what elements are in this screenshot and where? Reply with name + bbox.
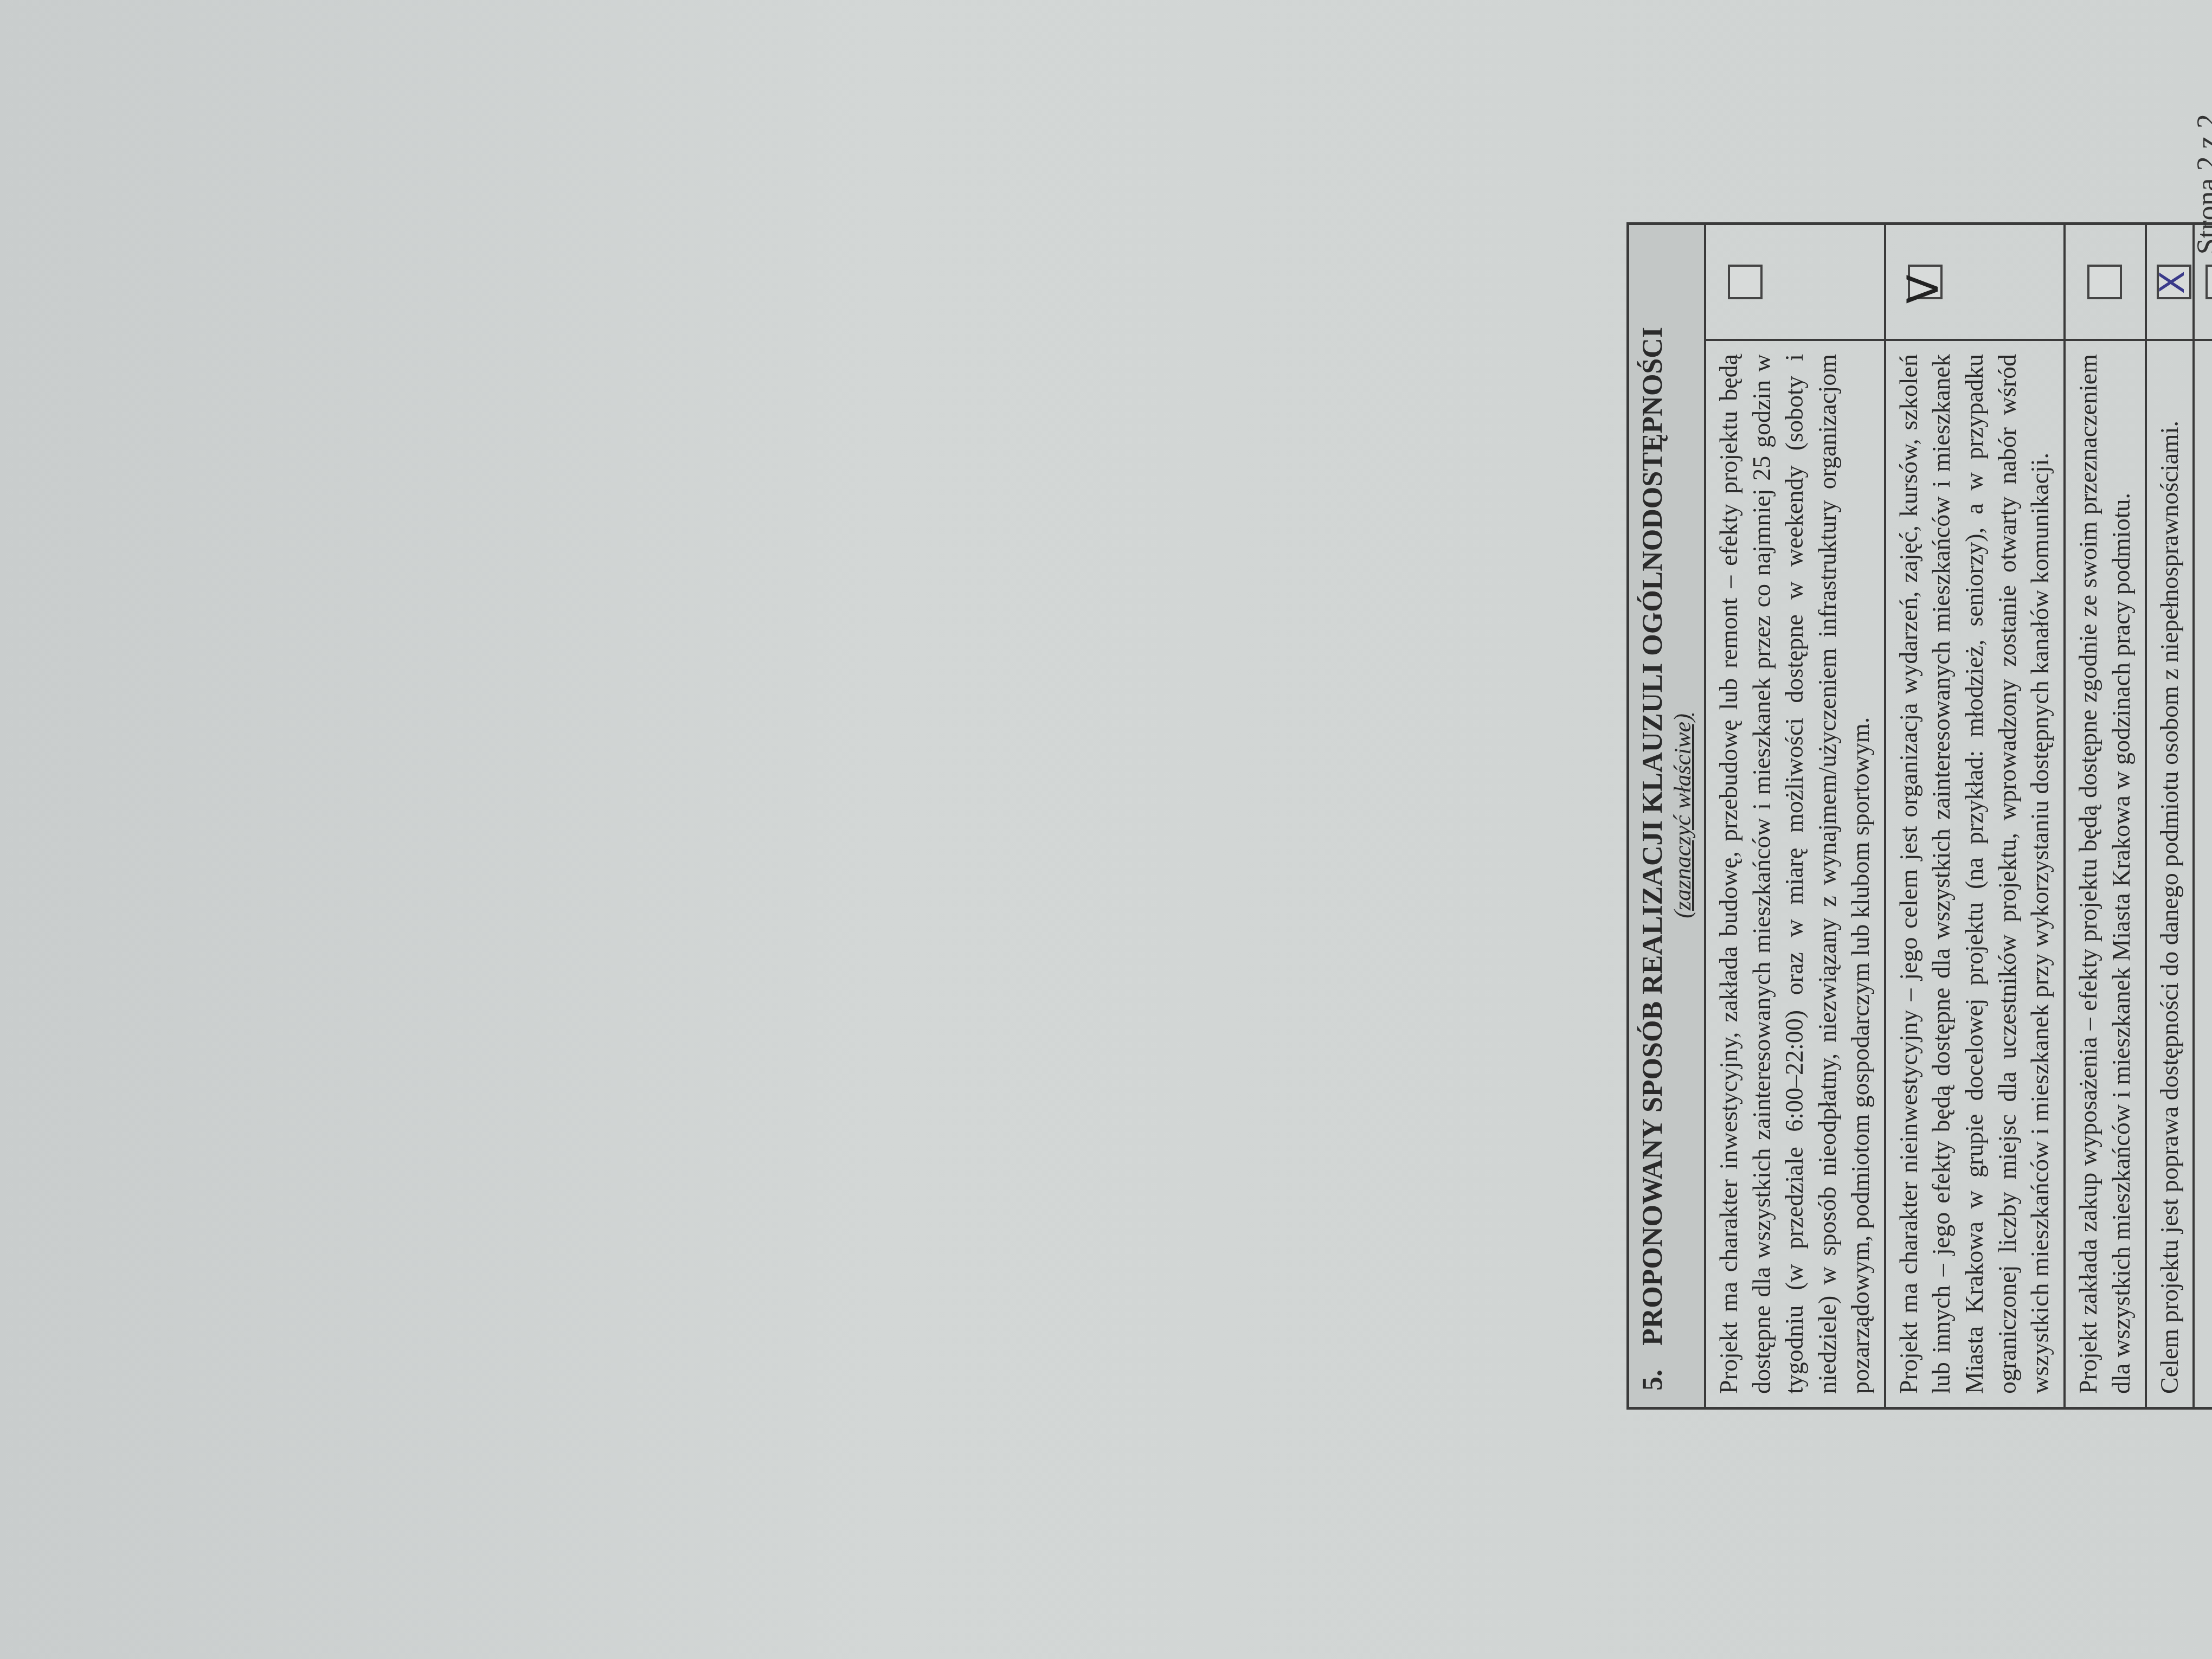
option-row-1: Projekt ma charakter inwestycyjny, zakła… [1706,225,1886,1407]
option-text-3: Projekt zakłada zakup wyposażenia – efek… [2066,339,2144,1407]
option-row-3: Projekt zakłada zakup wyposażenia – efek… [2066,225,2146,1407]
cross-mark-icon: X [2156,271,2189,294]
option-row-5: Żadne z powyższych. [2195,225,2212,1407]
section5-number: 5. [1637,1353,1669,1391]
section5-title: PROPONOWANY SPOSÓB REALIZACJI KLAUZULI O… [1637,327,1668,1346]
document-page: 5. PROPONOWANY SPOSÓB REALIZACJI KLAUZUL… [1431,249,2212,1551]
page-number: Strona 2 z 2 [2190,114,2212,254]
checkmark-v-icon: V [1902,275,1945,304]
option-row-2: Projekt ma charakter nieinwestycyjny – j… [1886,225,2066,1407]
option-text-1: Projekt ma charakter inwestycyjny, zakła… [1706,339,1884,1407]
option-checkbox-1[interactable] [1728,265,1763,299]
option-checkbox-3[interactable] [2087,265,2122,299]
section5-header: 5. PROPONOWANY SPOSÓB REALIZACJI KLAUZUL… [1629,225,1706,1407]
section5-instruction: (zaznaczyć właściwe) [1669,241,1696,1391]
option-row-4: Celem projektu jest poprawa dostępności … [2147,225,2195,1407]
option-checkbox-5[interactable] [2205,265,2212,299]
option-text-2: Projekt ma charakter nieinwestycyjny – j… [1886,339,2064,1407]
form-table: 5. PROPONOWANY SPOSÓB REALIZACJI KLAUZUL… [1626,222,2212,1410]
option-checkbox-2[interactable]: V [1908,265,1943,299]
option-text-5: Żadne z powyższych. [2195,339,2212,1407]
option-text-4: Celem projektu jest poprawa dostępności … [2147,339,2193,1407]
option-checkbox-4[interactable]: X [2157,265,2191,299]
